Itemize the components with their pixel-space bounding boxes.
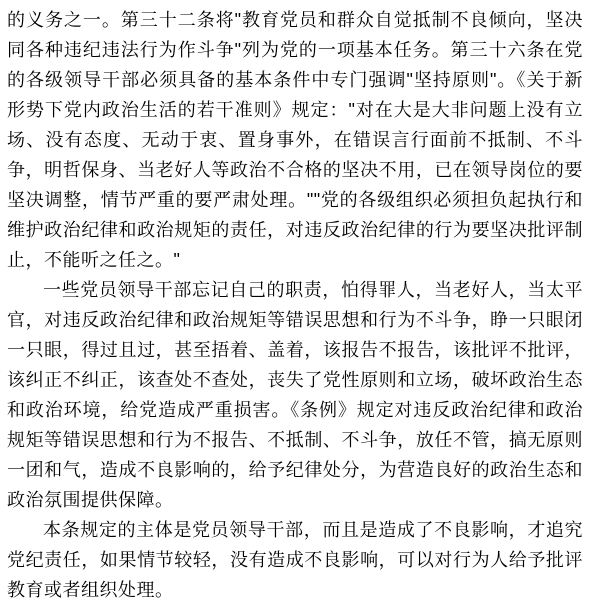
paragraph-subject-scope: 本条规定的主体是党员领导干部，而且是造成了不良影响，才追究党纪责任，如果情节较轻…	[7, 515, 583, 605]
paragraph-continuation: 的义务之一。第三十二条将"教育党员和群众自觉抵制不良倾向，坚决同各种违纪违法行为…	[7, 5, 583, 275]
paragraph-commentary: 一些党员领导干部忘记自己的职责，怕得罪人，当老好人，当太平官，对违反政治纪律和政…	[7, 275, 583, 515]
document-page: 的义务之一。第三十二条将"教育党员和群众自觉抵制不良倾向，坚决同各种违纪违法行为…	[0, 0, 591, 610]
